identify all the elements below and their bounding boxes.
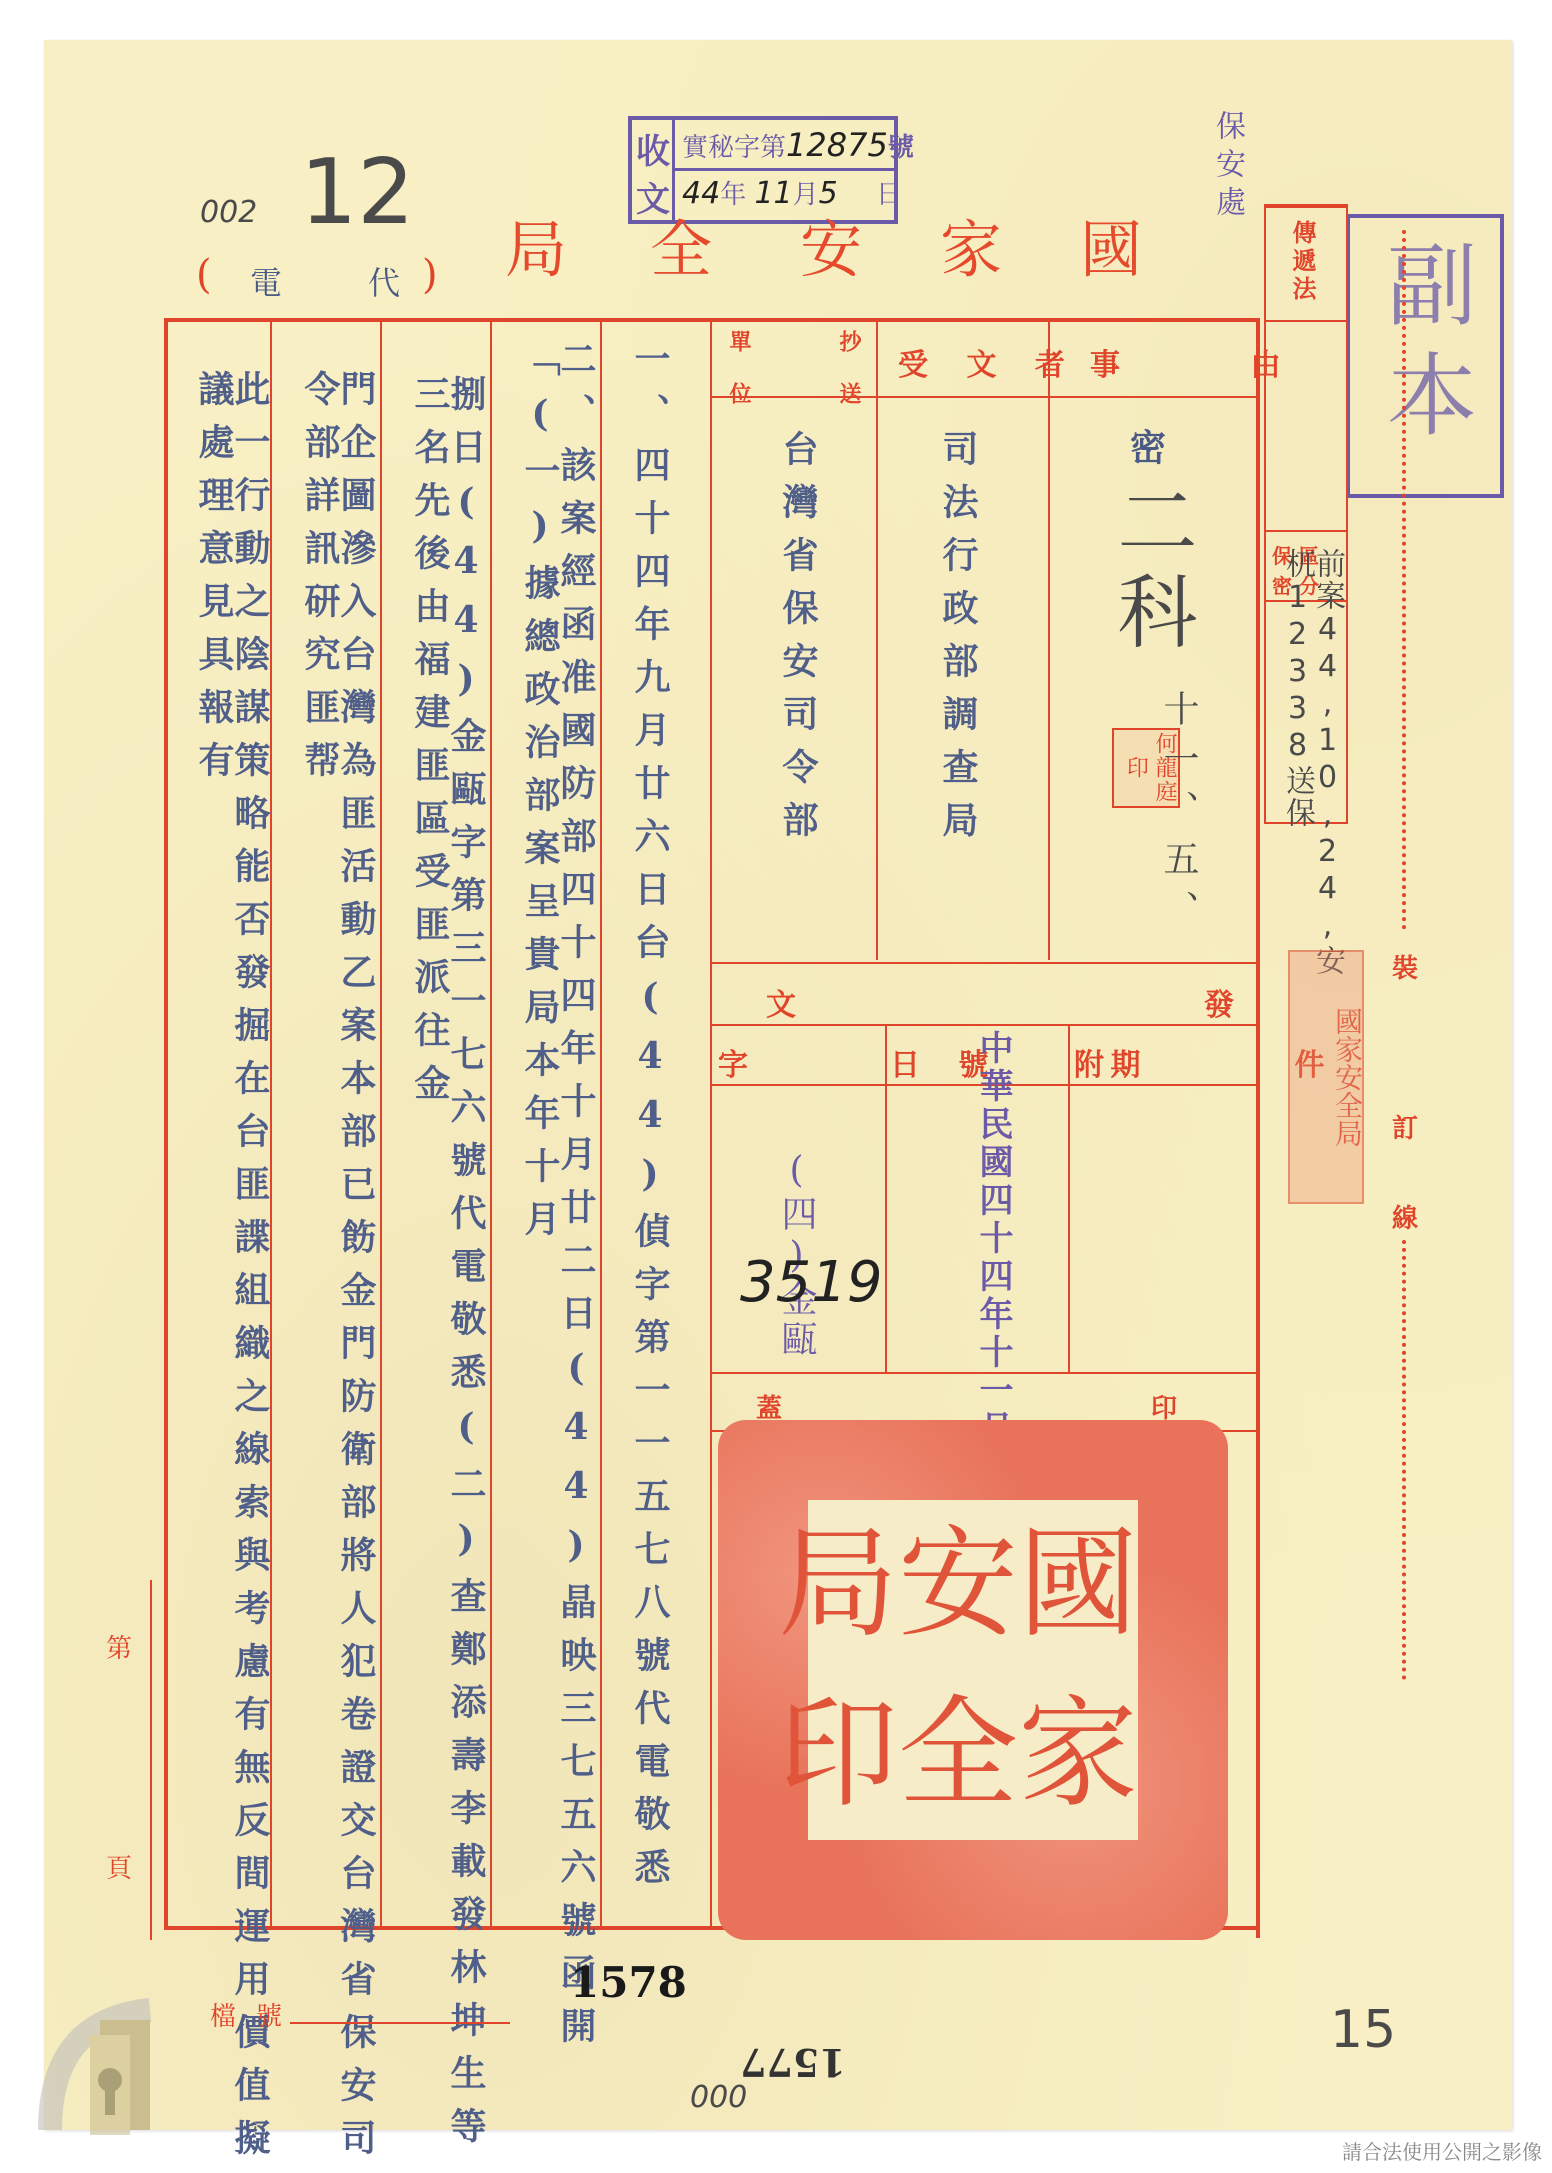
title-char-3: 安 xyxy=(800,200,862,289)
handwritten-page-number: 15 xyxy=(1330,2000,1396,2060)
header-dispatch-a: 發 xyxy=(1204,980,1234,1024)
doc-number-handwritten: 3519 xyxy=(740,1250,883,1315)
stamped-number-reversed: 1577 xyxy=(740,2040,846,2085)
section-note: 保安處 xyxy=(1212,110,1242,224)
handwritten-bottom-left: 000 xyxy=(690,2080,747,2115)
header-recipient: 受 文 者 xyxy=(898,340,1079,384)
approval-date-note: 十一、五、 xyxy=(1160,690,1196,940)
subject-handwritten: 二科 xyxy=(1110,480,1190,660)
body-column-3: 捌日(44)金甌字第三一七六號代電敬悉(二)查鄭添壽李載發林坤生等三名先後由福建… xyxy=(412,375,484,2173)
handwritten-serial-large: 12 xyxy=(300,140,415,245)
header-cc-b: 單 位 xyxy=(728,330,750,406)
binding-label-b: 訂 xyxy=(1392,1108,1418,1145)
stamped-number: 1578 xyxy=(570,1958,687,2007)
file-number-label: 檔號 xyxy=(210,1996,302,2033)
binding-label-a: 裝 xyxy=(1392,948,1418,985)
telegram-char-1: 電 xyxy=(250,258,282,304)
binding-label-c: 線 xyxy=(1392,1198,1418,1235)
body-column-1: 一、四十四年九月廿六日台(44)偵字第一一五七八號代電敬悉 xyxy=(632,340,668,1901)
header-dispatch-b: 文 xyxy=(766,980,796,1024)
header-cc-a: 抄 送 xyxy=(838,330,860,406)
handwritten-serial-small: 002 xyxy=(200,195,257,230)
title-char-1: 國 xyxy=(1080,200,1142,289)
title-char-4: 全 xyxy=(650,200,712,289)
transmission-label: 傳遞法 xyxy=(1290,220,1314,304)
body-column-5: 此一行動之陰謀策略能否發掘在台匪諜組織之線索與考慮有無反間運用價值擬議處理意見具… xyxy=(196,370,268,2173)
body-column-4: 門企圖滲入台灣為匪活動乙案本部已飭金門防衛部將人犯卷證交台灣省保安司令部詳訊研究… xyxy=(302,370,374,2173)
telegram-char-2: 代 xyxy=(368,258,400,304)
usage-watermark: 請合法使用公開之影像 xyxy=(1342,2136,1542,2165)
title-char-5: 局 xyxy=(505,200,567,289)
agency-seal: 國 安 局 家 全 印 xyxy=(718,1420,1228,1940)
recipient-value: 司法行政部調查局 xyxy=(940,430,976,854)
page-label-a: 第 xyxy=(106,1628,132,1665)
subject-classification: 密 xyxy=(1130,420,1166,471)
body-column-2: 二、該案經函准國防部四十四年十月廿二日(44)晶映三七五六號函開「(一)據總政治… xyxy=(522,340,594,2173)
side-seal: 國家安全局 xyxy=(1288,950,1364,1204)
title-char-2: 家 xyxy=(940,200,1002,289)
archive-logo-icon xyxy=(30,1980,210,2140)
classification-note: 前案44,10,24,安杌12338送保 xyxy=(1282,548,1342,1008)
cc-value: 台灣省保安司令部 xyxy=(780,430,816,854)
copy-stamp: 副本 xyxy=(1346,214,1504,498)
page-label-b: 頁 xyxy=(106,1848,132,1885)
header-subject: 事 由 xyxy=(1090,340,1340,384)
